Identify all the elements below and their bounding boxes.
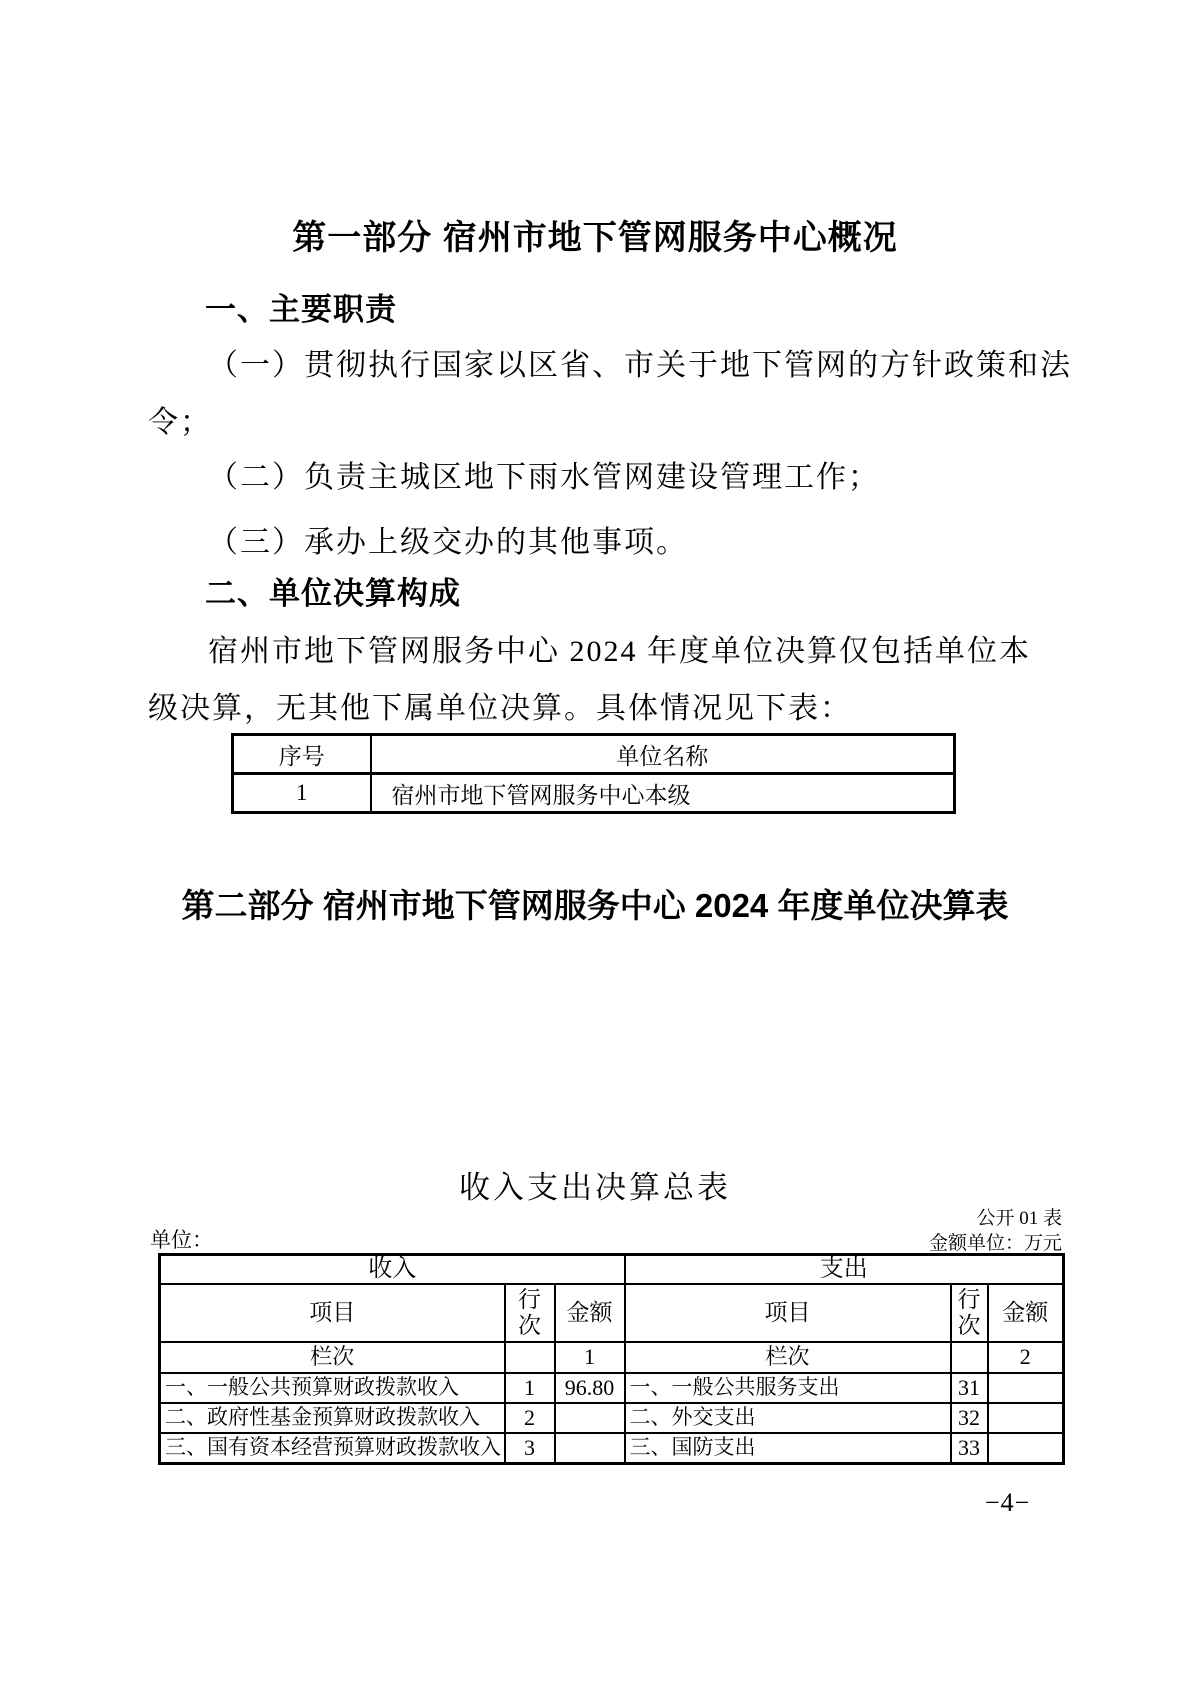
income-amount-column-header: 金额 (555, 1284, 625, 1342)
unit-table-header-no: 序号 (233, 735, 371, 774)
composition-line1: 宿州市地下管网服务中心 2024 年度单位决算仅包括单位本 (148, 626, 1031, 670)
page-number: −4− (985, 1488, 1030, 1518)
expense-amount (988, 1403, 1064, 1433)
income-expense-summary-table: 收入 支出 项目 行次 金额 项目 行次 金额 栏次 1 栏次 2 一、一般公共… (158, 1253, 1065, 1465)
income-lane-label: 栏次 (160, 1342, 505, 1373)
column-header-row: 项目 行次 金额 项目 行次 金额 (160, 1284, 1064, 1342)
expense-item-column-header: 项目 (625, 1284, 951, 1342)
income-amount (555, 1433, 625, 1464)
income-item-column-header: 项目 (160, 1284, 505, 1342)
expense-section-header: 支出 (625, 1255, 1064, 1285)
duty3-line: （三）承办上级交办的其他事项。 (148, 517, 688, 561)
empty-cell (951, 1342, 988, 1373)
expense-line-no: 33 (951, 1433, 988, 1464)
expense-item: 三、国防支出 (625, 1433, 951, 1464)
unit-table-header-row: 序号 单位名称 (233, 735, 955, 774)
part2-title: 第二部分 宿州市地下管网服务中心 2024 年度单位决算表 (0, 880, 1190, 927)
table-row: 三、国有资本经营预算财政拨款收入 3 三、国防支出 33 (160, 1433, 1064, 1464)
expense-lane-label: 栏次 (625, 1342, 951, 1373)
income-line-no: 2 (505, 1403, 555, 1433)
table-row: 二、政府性基金预算财政拨款收入 2 二、外交支出 32 (160, 1403, 1064, 1433)
income-item: 三、国有资本经营预算财政拨款收入 (160, 1433, 505, 1464)
unit-label: 单位： (150, 1224, 213, 1254)
document-page: 第一部分 宿州市地下管网服务中心概况 一、主要职责 （一）贯彻执行国家以区省、市… (0, 0, 1190, 1683)
section-header-row: 收入 支出 (160, 1255, 1064, 1285)
composition-line2: 级决算，无其他下属单位决算。具体情况见下表： (148, 683, 852, 727)
expense-item: 二、外交支出 (625, 1403, 951, 1433)
expense-item: 一、一般公共服务支出 (625, 1373, 951, 1403)
table-row: 1 宿州市地下管网服务中心本级 (233, 774, 955, 813)
income-item: 二、政府性基金预算财政拨款收入 (160, 1403, 505, 1433)
income-lineno-column-header: 行次 (505, 1284, 555, 1342)
duty1-line2: 令； (148, 397, 212, 441)
summary-table-title: 收入支出决算总表 (0, 1162, 1190, 1207)
duty2-line: （二）负责主城区地下雨水管网建设管理工作； (148, 452, 880, 496)
table-row: 一、一般公共预算财政拨款收入 1 96.80 一、一般公共服务支出 31 (160, 1373, 1064, 1403)
amount-unit-label: 金额单位：万元 (929, 1228, 1062, 1255)
unit-row-no: 1 (233, 774, 371, 813)
income-line-no: 1 (505, 1373, 555, 1403)
unit-table: 序号 单位名称 1 宿州市地下管网服务中心本级 (231, 733, 956, 814)
form-number-note: 公开 01 表 (976, 1203, 1062, 1230)
expense-amount (988, 1433, 1064, 1464)
expense-lane-number: 2 (988, 1342, 1064, 1373)
unit-table-header-name: 单位名称 (371, 735, 955, 774)
income-line-no: 3 (505, 1433, 555, 1464)
empty-cell (505, 1342, 555, 1373)
expense-line-no: 32 (951, 1403, 988, 1433)
expense-lineno-column-header: 行次 (951, 1284, 988, 1342)
duty1-line1: （一）贯彻执行国家以区省、市关于地下管网的方针政策和法 (148, 340, 1072, 384)
lane-number-row: 栏次 1 栏次 2 (160, 1342, 1064, 1373)
income-lane-number: 1 (555, 1342, 625, 1373)
expense-amount-column-header: 金额 (988, 1284, 1064, 1342)
part1-title: 第一部分 宿州市地下管网服务中心概况 (0, 210, 1190, 259)
income-item: 一、一般公共预算财政拨款收入 (160, 1373, 505, 1403)
expense-line-no: 31 (951, 1373, 988, 1403)
income-amount: 96.80 (555, 1373, 625, 1403)
section1-heading: 一、主要职责 (205, 284, 397, 329)
expense-amount (988, 1373, 1064, 1403)
income-section-header: 收入 (160, 1255, 625, 1285)
income-amount (555, 1403, 625, 1433)
section2-heading: 二、单位决算构成 (205, 568, 461, 613)
unit-row-name: 宿州市地下管网服务中心本级 (371, 774, 955, 813)
